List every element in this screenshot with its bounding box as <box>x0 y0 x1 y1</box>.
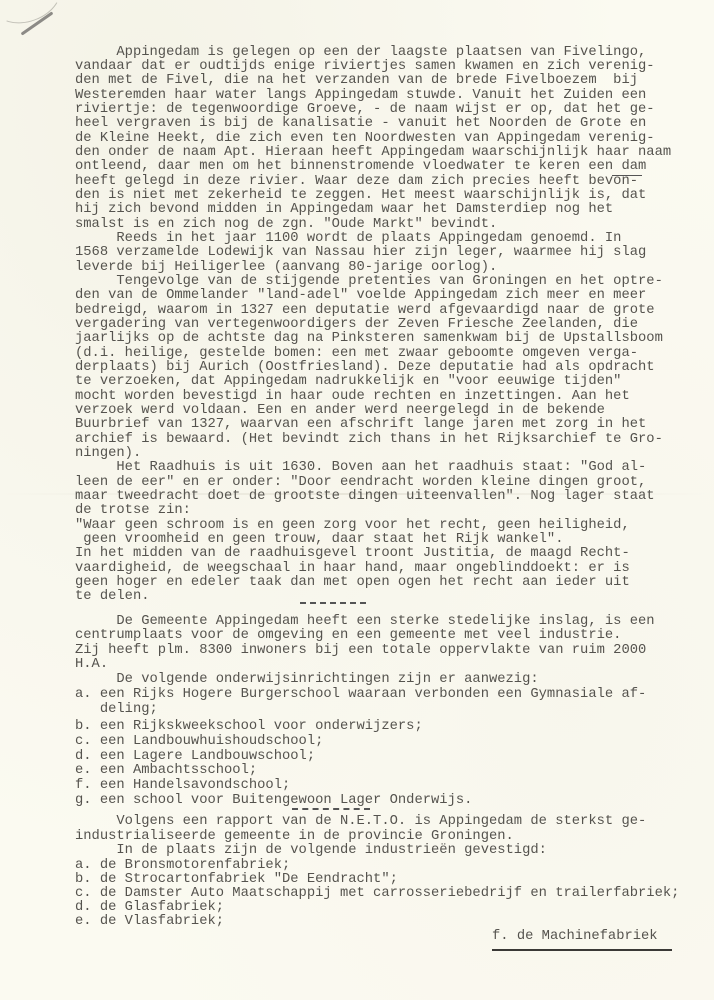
closing-underline <box>492 949 672 951</box>
separator-dashes <box>300 602 366 605</box>
text-line: geen hoger en edeler taak dan met open o… <box>75 575 630 591</box>
closing-line: f. de Machinefabriek <box>492 929 658 945</box>
text-line: e. de Vlasfabriek; <box>75 914 224 930</box>
text-line: hij zich bevond midden in Appingedam waa… <box>75 202 613 218</box>
text-line: Het Raadhuis is uit 1630. Boven aan het … <box>75 460 646 476</box>
text-line: f. een Handelsavondschool; <box>75 778 290 794</box>
text-line: de trotse zin: <box>75 503 191 519</box>
text-line: Buurbrief van 1327, waarvan een afschrif… <box>75 417 646 433</box>
text-line: c. een Landbouwhuishoudschool; <box>75 734 323 750</box>
text-line: te verzoeken, dat Appingedam nadrukkelij… <box>75 374 621 390</box>
text-line: ontleend, daar men om het binnenstromend… <box>75 159 646 175</box>
text-line: heel vergraven is bij de kanalisatie - v… <box>75 116 646 132</box>
text-line: jaarlijks op de achtste dag na Pinkstere… <box>75 331 663 347</box>
text-line: deling; <box>75 702 158 718</box>
text-line: In de plaats zijn de volgende industrieë… <box>75 843 547 859</box>
underline-dam <box>612 175 642 177</box>
text-line: 1568 verzamelde Lodewijk van Nassau hier… <box>75 245 646 261</box>
text-line: centrumplaats voor de omgeving en een ge… <box>75 628 621 644</box>
text-line: a. een Rijks Hogere Burgerschool waaraan… <box>75 687 646 703</box>
text-line: Volgens een rapport van de N.E.T.O. is A… <box>75 814 646 830</box>
text-line: De volgende onderwijsinrichtingen zijn e… <box>75 672 539 688</box>
text-line: den van de Ommelander "land-adel" voelde… <box>75 288 646 304</box>
text-line: H.A. <box>75 657 108 673</box>
text-line: In het midden van de raadhuisgevel troon… <box>75 546 630 562</box>
text-line: Zij heeft plm. 8300 inwoners bij een tot… <box>75 643 646 659</box>
text-line: archief is bewaard. (Het bevindt zich th… <box>75 432 663 448</box>
text-line: b. een Rijkskweekschool voor onderwijzer… <box>75 719 423 735</box>
underline-buitengewoon-lager <box>292 808 370 811</box>
text-line: te delen. <box>75 589 150 605</box>
text-line: e. een Ambachtsschool; <box>75 763 257 779</box>
text-line: den met de Fivel, die na het verzanden v… <box>75 73 638 89</box>
text-line: g. een school voor Buitengewoon Lager On… <box>75 793 472 809</box>
